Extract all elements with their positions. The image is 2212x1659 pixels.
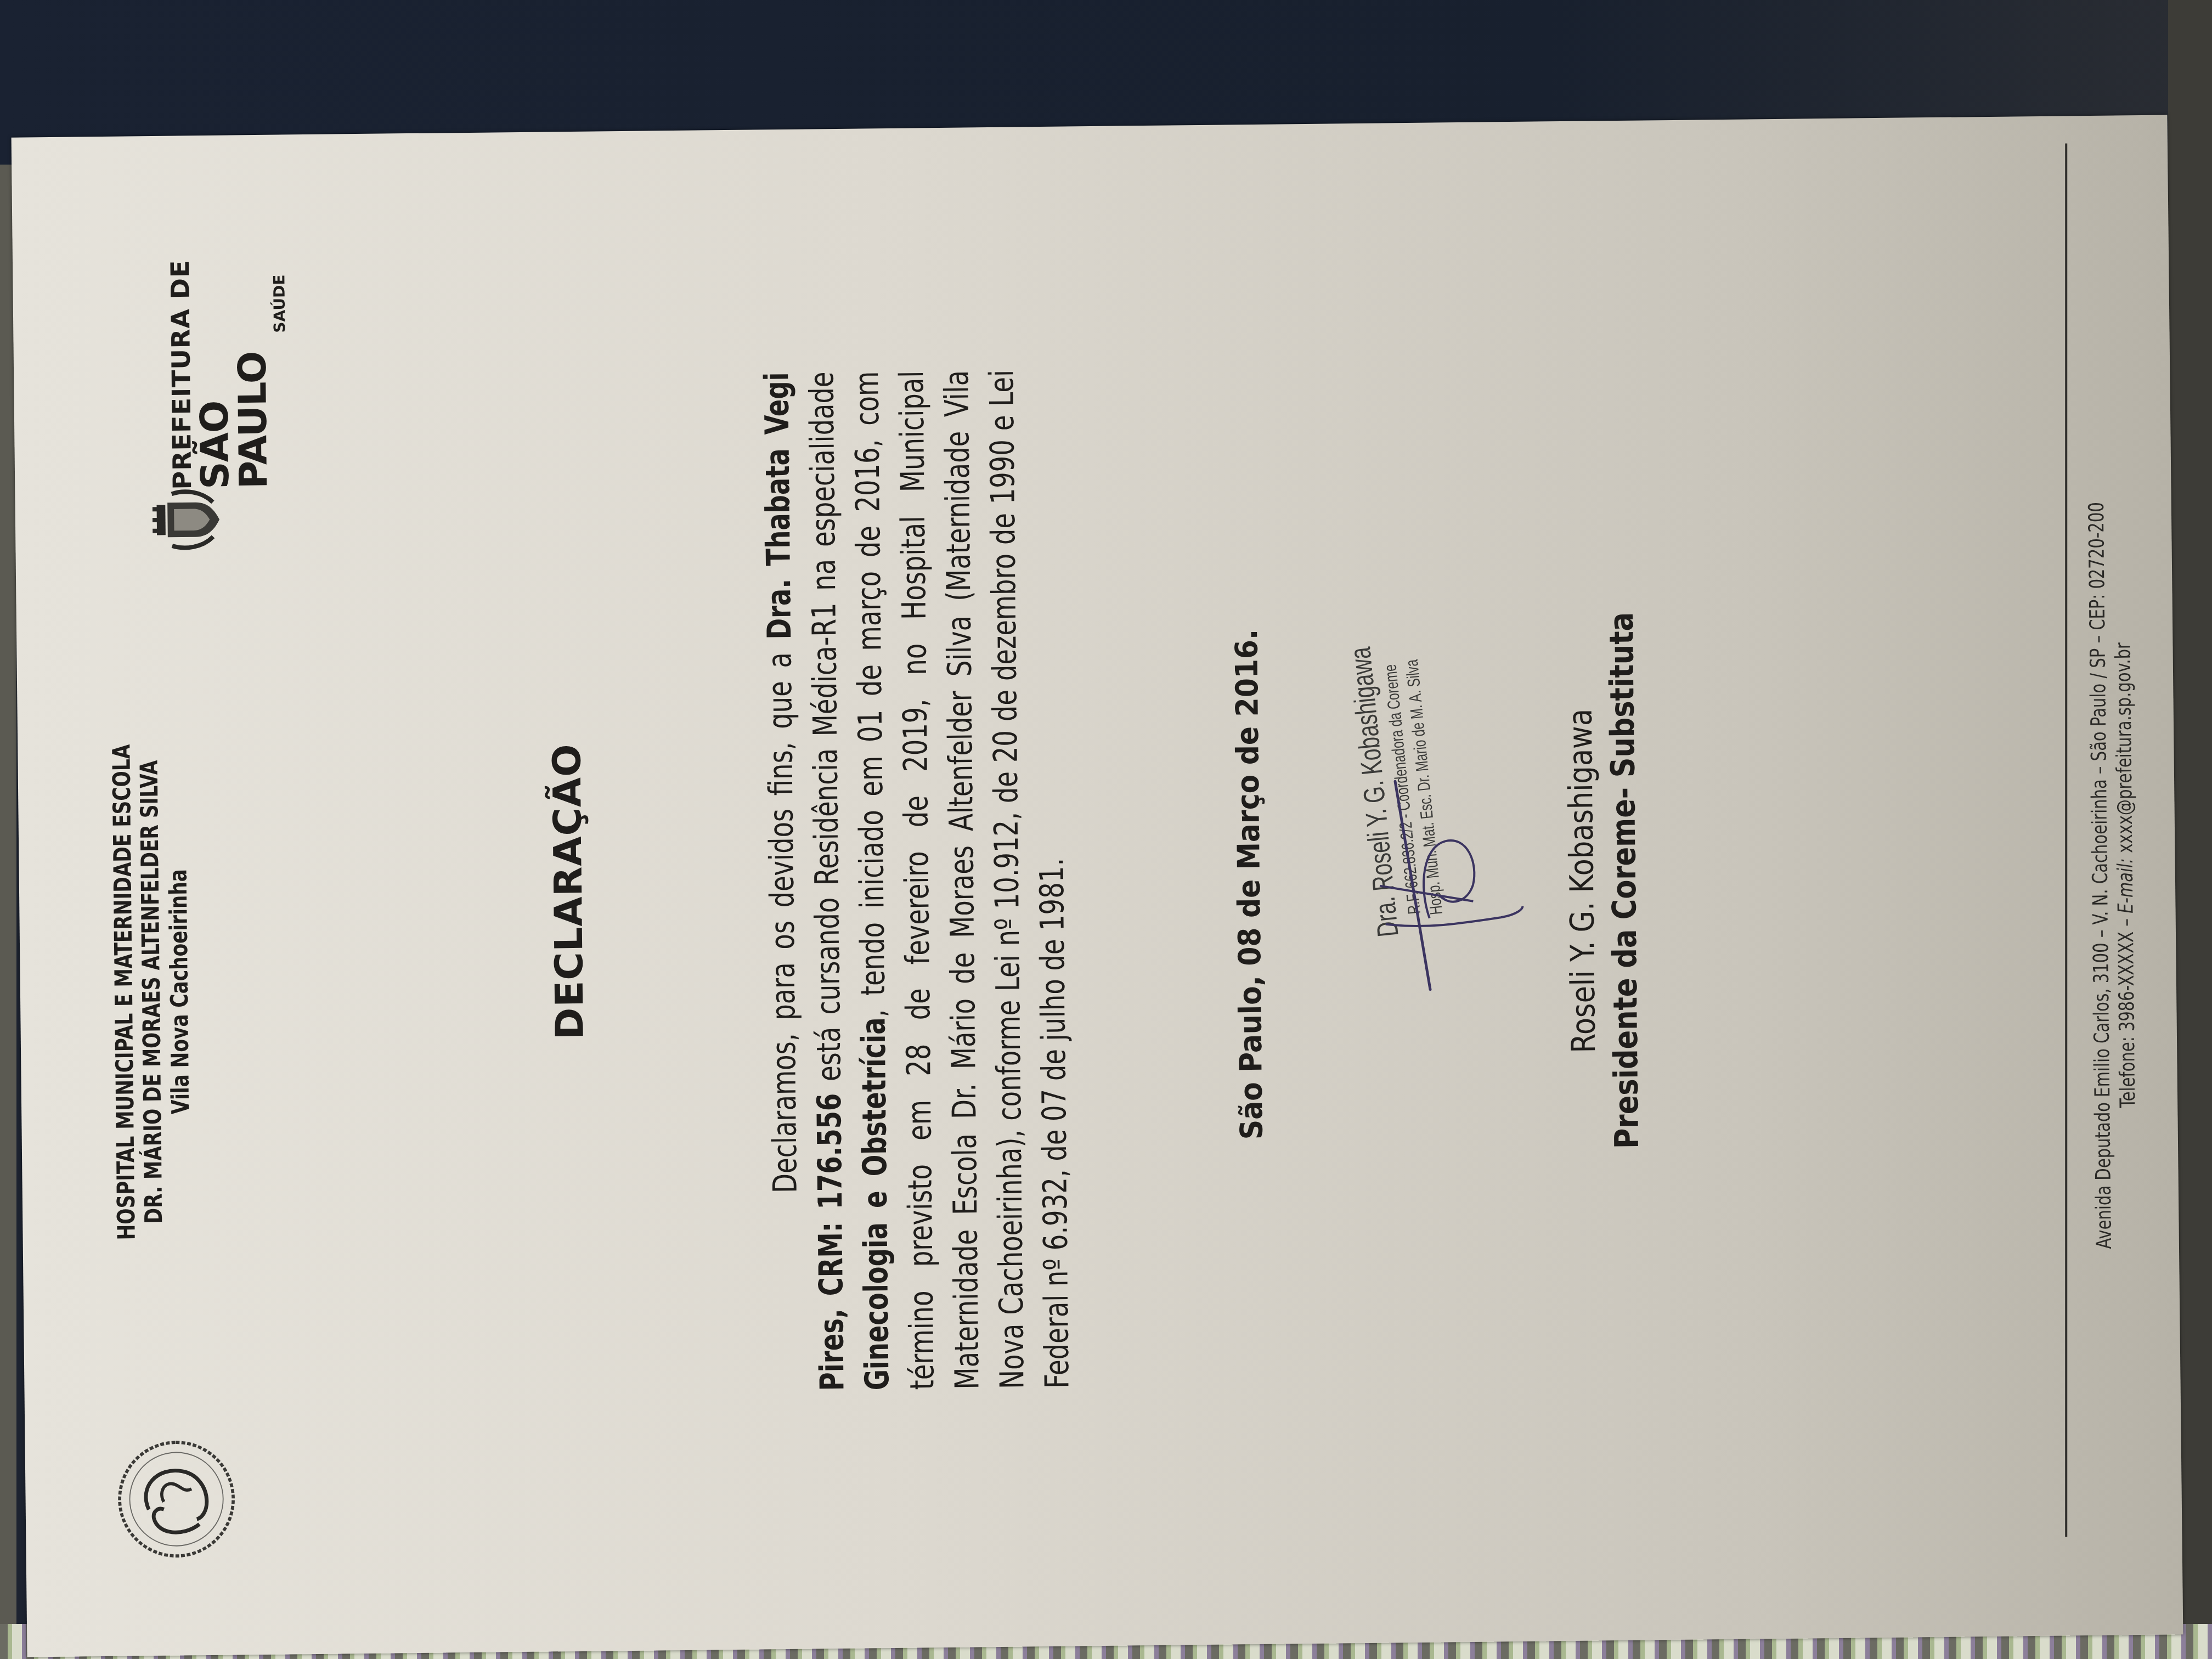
hospital-location: Vila Nova Cachoeirinha xyxy=(163,713,198,1269)
hospital-name-line2: DR. MÁRIO DE MORAES ALTENFELDER SILVA xyxy=(136,714,169,1270)
footer-email: xxxx@prefeitura.sp.gov.br xyxy=(2111,642,2137,858)
footer-phone: Telefone: 3986-XXXXX – xyxy=(2114,913,2140,1108)
sao-paulo-crest-icon xyxy=(152,487,224,553)
footer-email-label: E-mail: xyxy=(2113,858,2138,913)
prefeitura-logo: PREFEITURA DE SÃO PAULO SAÚDE xyxy=(149,223,262,553)
prefeitura-line1: PREFEITURA DE xyxy=(166,259,196,490)
footer-divider xyxy=(2065,143,2067,1537)
signer-block: Roseli Y. G. Kobashigawa Presidente da C… xyxy=(1553,121,1653,1641)
document-title: DECLARAÇÃO xyxy=(538,132,599,1652)
declaration-body: Declaramos, para os devidos fins, que a … xyxy=(754,369,1080,1392)
prefeitura-line2: SÃO PAULO xyxy=(194,258,273,489)
body-dra: Dra. xyxy=(760,579,799,640)
footer-address: Avenida Deputado Emilio Carlos, 3100 – V… xyxy=(2079,115,2146,1635)
date-line: São Paulo, 08 de Março de 2016. xyxy=(1224,200,1274,1568)
maternity-seal-icon xyxy=(112,1435,240,1562)
prefeitura-wordmark: PREFEITURA DE SÃO PAULO SAÚDE xyxy=(166,258,290,489)
body-specialty: Ginecologia e Obstetrícia xyxy=(854,1017,896,1390)
document-page: HOSPITAL MUNICIPAL E MATERNIDADE ESCOLA … xyxy=(12,115,2183,1657)
body-intro: Declaramos, para os devidos fins, que a xyxy=(760,639,805,1193)
hospital-name-block: HOSPITAL MUNICIPAL E MATERNIDADE ESCOLA … xyxy=(108,713,198,1271)
paragraph-indent xyxy=(797,1193,799,1391)
handwritten-signature-icon xyxy=(1361,627,1529,1012)
body-part2: está cursando Residência Médica-R1 na es… xyxy=(803,371,849,1093)
letterhead: HOSPITAL MUNICIPAL E MATERNIDADE ESCOLA … xyxy=(12,135,258,1657)
